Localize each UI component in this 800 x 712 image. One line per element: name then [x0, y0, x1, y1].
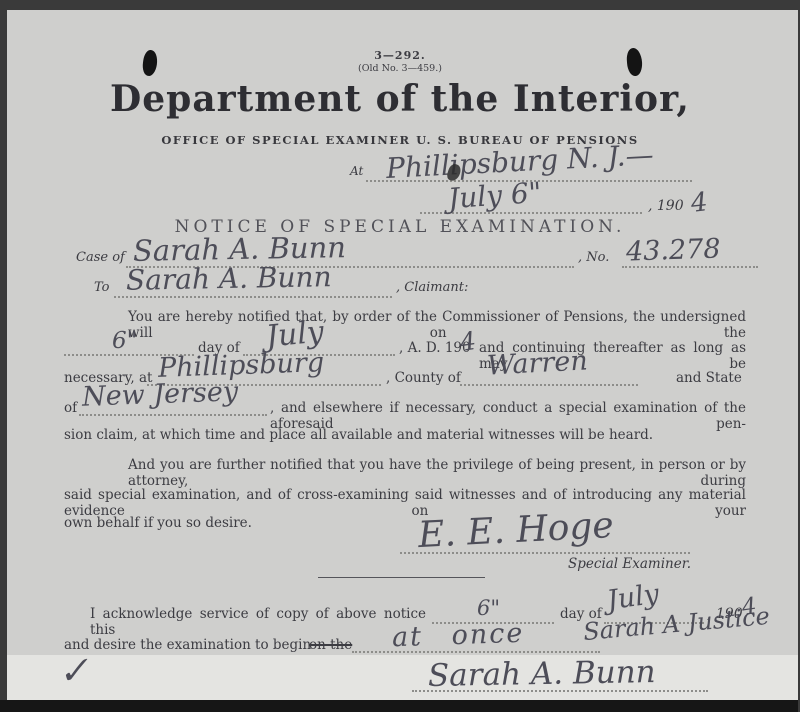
date-year-printed: , 190 [648, 198, 684, 214]
day-value: 6" [112, 330, 137, 353]
begin-value: at once [392, 620, 525, 652]
begin-dotline [352, 651, 600, 653]
and-state-label: and State [676, 370, 742, 386]
checkmark: ✓ [54, 652, 93, 690]
state-dotline [79, 414, 267, 416]
claimant-signature: Sarah A. Bunn [428, 657, 656, 692]
to-label: To [94, 280, 110, 295]
county-dotline [460, 384, 638, 386]
office-line: OFFICE OF SPECIAL EXAMINER U. S. BUREAU … [0, 133, 800, 147]
of-label: of [64, 400, 77, 416]
ack-line1: I acknowledge service of copy of above n… [90, 606, 426, 638]
county-label: , County of [386, 370, 461, 386]
date-year-digit: 4 [690, 189, 709, 217]
p2-line1: And you are further notified that you ha… [128, 457, 746, 489]
ad-year-digit: 4 [458, 328, 477, 355]
date-value: July 6" [447, 179, 542, 213]
p1-line5: sion claim, at which time and place all … [64, 427, 653, 443]
claimant-label: , Claimant: [396, 280, 468, 295]
no-label: , No. [578, 250, 609, 265]
p2-line3: own behalf if you so desire. [64, 515, 252, 531]
p1-line1: You are hereby notified that, by order o… [128, 309, 746, 341]
old-number: (Old No. 3—459.) [0, 63, 800, 74]
document-scan: 3—292. (Old No. 3—459.) Department of th… [0, 0, 800, 712]
form-number: 3—292. [0, 49, 800, 62]
divider-line [318, 577, 485, 578]
case-label: Case of [76, 250, 125, 265]
ack-month-value: July [605, 581, 660, 615]
to-name: Sarah A. Bunn [126, 263, 332, 295]
at-label: At [350, 164, 363, 178]
struck-text: on the [309, 637, 352, 653]
state-value: New Jersey [82, 378, 239, 410]
paper-lower-strip [7, 655, 798, 700]
examiner-label: Special Examiner. [568, 556, 691, 572]
page-title: Department of the Interior, [0, 78, 800, 120]
scan-bottom-band [0, 700, 800, 712]
ack-day-value: 6" [477, 598, 500, 619]
to-dotline [114, 296, 392, 298]
county-value: Warren [486, 347, 588, 379]
examiner-signature: E. E. Hoge [417, 508, 614, 554]
place-value: Phillipsburg [158, 349, 325, 382]
ack-line2: and desire the examination to begin [64, 637, 311, 653]
case-number: 43.278 [626, 235, 721, 265]
